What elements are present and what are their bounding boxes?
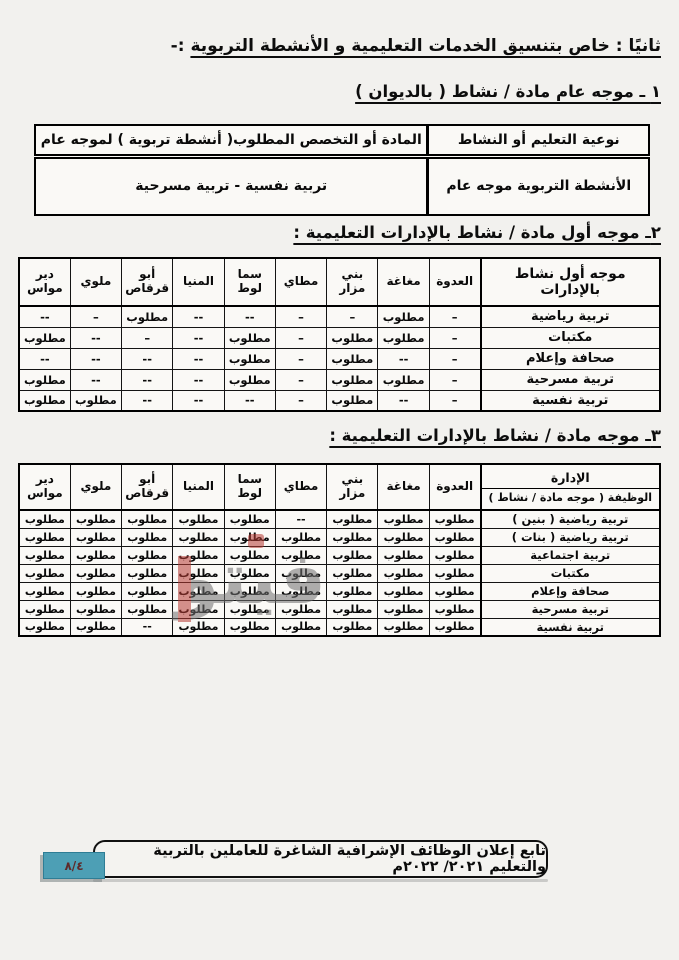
status-cell: مطلوب (327, 528, 378, 546)
status-cell: مطلوب (378, 369, 429, 390)
status-cell: مطلوب (378, 510, 429, 528)
status-cell: مطلوب (378, 600, 429, 618)
status-cell: مطلوب (327, 546, 378, 564)
status-cell: مطلوب (378, 528, 429, 546)
general-supervisor-table: نوعية التعليم أو النشاط المادة أو التخصص… (34, 124, 650, 216)
status-cell: مطلوب (224, 327, 275, 348)
status-cell: مطلوب (378, 582, 429, 600)
status-cell: -- (378, 390, 429, 411)
status-cell: مطلوب (224, 546, 275, 564)
status-cell: مطلوب (70, 618, 121, 636)
status-cell: مطلوب (378, 327, 429, 348)
table-row: تربية نفسية مطلوبمطلوبمطلوبمطلوبمطلوبمطل… (19, 618, 660, 636)
activity-label: تربية رياضية ( بنين ) (481, 510, 660, 528)
first-supervisor-table: موجه أول نشاطبالإدارات العدوة مغاغة بني … (18, 257, 661, 412)
status-cell: -- (224, 390, 275, 411)
status-cell: مطلوب (429, 510, 480, 528)
status-cell: مطلوب (275, 546, 326, 564)
district-header: دير مواس (19, 258, 70, 306)
table-row: تربية رياضية ( بنات ) مطلوبمطلوبمطلوبمطل… (19, 528, 660, 546)
heading-tail: :- (171, 36, 185, 56)
status-cell: – (327, 306, 378, 327)
district-header: بني مزار (327, 464, 378, 510)
status-cell: مطلوب (122, 600, 173, 618)
status-cell: مطلوب (327, 510, 378, 528)
status-cell: مطلوب (19, 600, 70, 618)
table-row: مكتبات –مطلوبمطلوب–مطلوب--–--مطلوب (19, 327, 660, 348)
district-header: العدوة (429, 464, 480, 510)
status-cell: – (429, 306, 480, 327)
status-cell: مطلوب (429, 528, 480, 546)
subject-supervisor-table: الإدارة الوظيفة ( موجه مادة / نشاط ) الع… (18, 463, 661, 637)
status-cell: -- (70, 348, 121, 369)
status-cell: -- (122, 348, 173, 369)
scanned-document-page: ثانيًا : خاص بتنسيق الخدمات التعليمية و … (0, 0, 679, 960)
status-cell: مطلوب (173, 546, 224, 564)
status-cell: مطلوب (173, 600, 224, 618)
status-cell: مطلوب (378, 546, 429, 564)
district-header: المنيا (173, 464, 224, 510)
status-cell: مطلوب (19, 510, 70, 528)
status-cell: مطلوب (173, 564, 224, 582)
status-cell: -- (70, 327, 121, 348)
table2-label-header: موجه أول نشاطبالإدارات (481, 258, 660, 306)
status-cell: مطلوب (122, 546, 173, 564)
status-cell: – (275, 327, 326, 348)
status-cell: مطلوب (224, 348, 275, 369)
activity-label: تربية نفسية (481, 390, 660, 411)
status-cell: -- (173, 390, 224, 411)
table-header-row: الإدارة الوظيفة ( موجه مادة / نشاط ) الع… (19, 464, 660, 510)
activity-label: تربية مسرحية (481, 369, 660, 390)
district-header: أبو قرقاص (122, 258, 173, 306)
status-cell: مطلوب (275, 528, 326, 546)
status-cell: مطلوب (224, 510, 275, 528)
activity-label: تربية رياضية ( بنات ) (481, 528, 660, 546)
section3-heading: ٣ـ موجه مادة / نشاط بالإدارات التعليمية … (329, 426, 661, 445)
district-header: ملوي (70, 258, 121, 306)
table3-label-header: الإدارة الوظيفة ( موجه مادة / نشاط ) (481, 464, 660, 510)
status-cell: مطلوب (327, 390, 378, 411)
status-cell: مطلوب (327, 582, 378, 600)
education-type-cell: الأنشطة التربوية موجه عام (428, 156, 649, 215)
status-cell: مطلوب (429, 546, 480, 564)
table-row: تربية مسرحية مطلوبمطلوبمطلوبمطلوبمطلوبمط… (19, 600, 660, 618)
status-cell: مطلوب (19, 618, 70, 636)
status-cell: مطلوب (19, 528, 70, 546)
subject-required-header: المادة أو التخصص المطلوب( أنشطة تربوية )… (35, 125, 428, 156)
status-cell: مطلوب (70, 510, 121, 528)
status-cell: – (70, 306, 121, 327)
status-cell: مطلوب (275, 582, 326, 600)
district-header: مغاغة (378, 258, 429, 306)
status-cell: مطلوب (70, 582, 121, 600)
status-cell: مطلوب (19, 582, 70, 600)
table-row: تربية رياضية ( بنين ) مطلوبمطلوبمطلوب--م… (19, 510, 660, 528)
district-header: مطاي (275, 258, 326, 306)
activity-label: تربية مسرحية (481, 600, 660, 618)
status-cell: مطلوب (224, 600, 275, 618)
status-cell: -- (173, 348, 224, 369)
status-cell: مطلوب (327, 327, 378, 348)
status-cell: -- (378, 348, 429, 369)
activity-label: صحافة وإعلام (481, 348, 660, 369)
status-cell: مطلوب (327, 564, 378, 582)
status-cell: مطلوب (224, 618, 275, 636)
district-header: أبو قرقاص (122, 464, 173, 510)
subject-required-cell: تربية نفسية - تربية مسرحية (35, 156, 428, 215)
status-cell: مطلوب (327, 618, 378, 636)
district-header: ملوي (70, 464, 121, 510)
status-cell: مطلوب (327, 348, 378, 369)
status-cell: مطلوب (122, 510, 173, 528)
section1-heading: ١ ـ موجه عام مادة / نشاط ( بالديوان ) (355, 82, 661, 101)
district-header: العدوة (429, 258, 480, 306)
status-cell: مطلوب (173, 528, 224, 546)
status-cell: -- (224, 306, 275, 327)
status-cell: مطلوب (122, 564, 173, 582)
status-cell: -- (122, 369, 173, 390)
status-cell: مطلوب (224, 369, 275, 390)
status-cell: -- (70, 369, 121, 390)
status-cell: مطلوب (70, 390, 121, 411)
footer-note-text: تابع إعلان الوظائف الإشرافية الشاغرة للع… (95, 843, 546, 875)
status-cell: مطلوب (275, 564, 326, 582)
status-cell: -- (122, 390, 173, 411)
table-row: تربية رياضية –مطلوب––----مطلوب–-- (19, 306, 660, 327)
activity-label: مكتبات (481, 564, 660, 582)
district-header: بني مزار (327, 258, 378, 306)
footer-shadow-line (93, 879, 548, 882)
status-cell: مطلوب (429, 564, 480, 582)
education-type-header: نوعية التعليم أو النشاط (428, 125, 649, 156)
status-cell: -- (19, 348, 70, 369)
status-cell: – (122, 327, 173, 348)
district-header: سما لوط (224, 464, 275, 510)
table-row: تربية اجتماعية مطلوبمطلوبمطلوبمطلوبمطلوب… (19, 546, 660, 564)
main-section-heading: ثانيًا : خاص بتنسيق الخدمات التعليمية و … (171, 36, 661, 56)
status-cell: مطلوب (173, 618, 224, 636)
table-row: تربية مسرحية –مطلوبمطلوب–مطلوب------مطلو… (19, 369, 660, 390)
status-cell: مطلوب (378, 306, 429, 327)
activity-label: تربية نفسية (481, 618, 660, 636)
section2-heading: ٢ـ موجه أول مادة / نشاط بالإدارات التعلي… (293, 223, 661, 242)
status-cell: مطلوب (275, 618, 326, 636)
status-cell: مطلوب (70, 564, 121, 582)
status-cell: مطلوب (19, 327, 70, 348)
status-cell: – (429, 390, 480, 411)
footer-note-box: تابع إعلان الوظائف الإشرافية الشاغرة للع… (93, 840, 548, 878)
activity-label: تربية رياضية (481, 306, 660, 327)
status-cell: – (429, 369, 480, 390)
table-header-row: نوعية التعليم أو النشاط المادة أو التخصص… (35, 125, 649, 156)
table-row: الأنشطة التربوية موجه عام تربية نفسية - … (35, 156, 649, 215)
table-header-row: موجه أول نشاطبالإدارات العدوة مغاغة بني … (19, 258, 660, 306)
status-cell: مطلوب (19, 369, 70, 390)
table-row: صحافة وإعلام –--مطلوب–مطلوب-------- (19, 348, 660, 369)
activity-label: صحافة وإعلام (481, 582, 660, 600)
activity-label: مكتبات (481, 327, 660, 348)
status-cell: مطلوب (70, 546, 121, 564)
page-number-badge: ٨/٤ (43, 852, 105, 879)
status-cell: مطلوب (378, 564, 429, 582)
district-header: سما لوط (224, 258, 275, 306)
status-cell: مطلوب (173, 582, 224, 600)
table-row: مكتبات مطلوبمطلوبمطلوبمطلوبمطلوبمطلوبمطل… (19, 564, 660, 582)
status-cell: -- (173, 369, 224, 390)
status-cell: – (429, 327, 480, 348)
district-header: دير مواس (19, 464, 70, 510)
status-cell: مطلوب (224, 582, 275, 600)
status-cell: مطلوب (224, 528, 275, 546)
status-cell: مطلوب (378, 618, 429, 636)
admin-header: الإدارة (482, 469, 659, 488)
status-cell: مطلوب (429, 600, 480, 618)
status-cell: -- (122, 618, 173, 636)
status-cell: -- (19, 306, 70, 327)
status-cell: مطلوب (173, 510, 224, 528)
status-cell: مطلوب (429, 618, 480, 636)
district-header: مطاي (275, 464, 326, 510)
table-row: صحافة وإعلام مطلوبمطلوبمطلوبمطلوبمطلوبمط… (19, 582, 660, 600)
status-cell: مطلوب (19, 546, 70, 564)
status-cell: مطلوب (19, 564, 70, 582)
table-row: تربية نفسية –--مطلوب–------مطلوبمطلوب (19, 390, 660, 411)
activity-label: تربية اجتماعية (481, 546, 660, 564)
status-cell: مطلوب (275, 600, 326, 618)
status-cell: مطلوب (122, 306, 173, 327)
status-cell: مطلوب (70, 528, 121, 546)
status-cell: مطلوب (429, 582, 480, 600)
status-cell: مطلوب (19, 390, 70, 411)
job-header: الوظيفة ( موجه مادة / نشاط ) (482, 488, 659, 505)
status-cell: -- (275, 510, 326, 528)
district-header: المنيا (173, 258, 224, 306)
status-cell: -- (173, 306, 224, 327)
status-cell: – (275, 306, 326, 327)
status-cell: مطلوب (70, 600, 121, 618)
status-cell: -- (173, 327, 224, 348)
status-cell: مطلوب (327, 600, 378, 618)
status-cell: مطلوب (122, 582, 173, 600)
status-cell: – (275, 348, 326, 369)
status-cell: مطلوب (224, 564, 275, 582)
district-header: مغاغة (378, 464, 429, 510)
status-cell: – (429, 348, 480, 369)
status-cell: مطلوب (122, 528, 173, 546)
status-cell: – (275, 369, 326, 390)
status-cell: – (275, 390, 326, 411)
status-cell: مطلوب (327, 369, 378, 390)
